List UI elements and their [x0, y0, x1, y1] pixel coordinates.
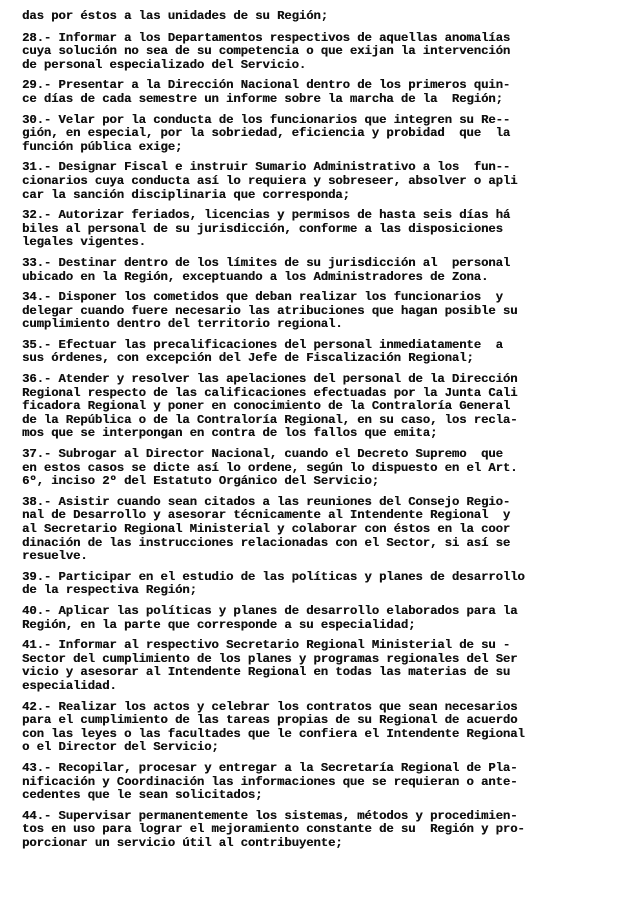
- numbered-items-list: 28.- Informar a los Departamentos respec…: [22, 32, 622, 851]
- text-line: cionarios cuya conducta así lo requiera …: [22, 175, 622, 189]
- text-line: especialidad.: [22, 680, 622, 694]
- text-line: al Secretario Regional Ministerial y col…: [22, 523, 622, 537]
- list-item-40: 40.- Aplicar las políticas y planes de d…: [22, 605, 622, 632]
- text-line: legales vigentes.: [22, 236, 622, 250]
- text-line: para el cumplimiento de las tareas propi…: [22, 714, 622, 728]
- list-item-35: 35.- Efectuar las precalificaciones del …: [22, 339, 622, 366]
- list-item-42: 42.- Realizar los actos y celebrar los c…: [22, 701, 622, 755]
- text-line: 36.- Atender y resolver las apelaciones …: [22, 373, 622, 387]
- text-line: 28.- Informar a los Departamentos respec…: [22, 32, 622, 46]
- text-line: nificación y Coordinación las informacio…: [22, 776, 622, 790]
- text-line: dinación de las instrucciones relacionad…: [22, 537, 622, 551]
- text-line: de la República o de la Contraloría Regi…: [22, 414, 622, 428]
- text-line: 30.- Velar por la conducta de los funcio…: [22, 114, 622, 128]
- text-line: 35.- Efectuar las precalificaciones del …: [22, 339, 622, 353]
- list-item-38: 38.- Asistir cuando sean citados a las r…: [22, 496, 622, 564]
- text-line: de la respectiva Región;: [22, 584, 622, 598]
- text-line: sus órdenes, con excepción del Jefe de F…: [22, 352, 622, 366]
- text-line: 42.- Realizar los actos y celebrar los c…: [22, 701, 622, 715]
- text-line: mos que se interpongan en contra de los …: [22, 427, 622, 441]
- list-item-30: 30.- Velar por la conducta de los funcio…: [22, 114, 622, 155]
- text-line: con las leyes o las facultades que le co…: [22, 728, 622, 742]
- text-line: nal de Desarrollo y asesorar técnicament…: [22, 509, 622, 523]
- list-item-36: 36.- Atender y resolver las apelaciones …: [22, 373, 622, 441]
- text-line: Regional respecto de las calificaciones …: [22, 387, 622, 401]
- text-line: 32.- Autorizar feriados, licencias y per…: [22, 209, 622, 223]
- text-line: vicio y asesorar al Intendente Regional …: [22, 666, 622, 680]
- list-item-28: 28.- Informar a los Departamentos respec…: [22, 32, 622, 73]
- text-line: gión, en especial, por la sobriedad, efi…: [22, 127, 622, 141]
- text-line: función pública exige;: [22, 141, 622, 155]
- text-line: 43.- Recopilar, procesar y entregar a la…: [22, 762, 622, 776]
- list-item-44: 44.- Supervisar permanentemente los sist…: [22, 810, 622, 851]
- list-item-43: 43.- Recopilar, procesar y entregar a la…: [22, 762, 622, 803]
- text-line: resuelve.: [22, 550, 622, 564]
- text-line: tos en uso para lograr el mejoramiento c…: [22, 823, 622, 837]
- text-line: ubicado en la Región, exceptuando a los …: [22, 271, 622, 285]
- text-line: 41.- Informar al respectivo Secretario R…: [22, 639, 622, 653]
- text-line: cedentes que le sean solicitados;: [22, 789, 622, 803]
- text-line: o el Director del Servicio;: [22, 741, 622, 755]
- text-line: de personal especializado del Servicio.: [22, 59, 622, 73]
- text-line: en estos casos se dicte así lo ordene, s…: [22, 462, 622, 476]
- text-line: 6º, inciso 2º del Estatuto Orgánico del …: [22, 475, 622, 489]
- text-line: das por éstos a las unidades de su Regió…: [22, 10, 622, 24]
- text-line: cuya solución no sea de su competencia o…: [22, 45, 622, 59]
- text-line: 33.- Destinar dentro de los límites de s…: [22, 257, 622, 271]
- continuation-text: das por éstos a las unidades de su Regió…: [22, 10, 622, 24]
- document-page: das por éstos a las unidades de su Regió…: [22, 10, 622, 857]
- text-line: delegar cuando fuere necesario las atrib…: [22, 305, 622, 319]
- text-line: 39.- Participar en el estudio de las pol…: [22, 571, 622, 585]
- text-line: ficadora Regional y poner en conocimient…: [22, 400, 622, 414]
- list-item-39: 39.- Participar en el estudio de las pol…: [22, 571, 622, 598]
- list-item-34: 34.- Disponer los cometidos que deban re…: [22, 291, 622, 332]
- text-line: 29.- Presentar a la Dirección Nacional d…: [22, 79, 622, 93]
- text-line: 38.- Asistir cuando sean citados a las r…: [22, 496, 622, 510]
- list-item-37: 37.- Subrogar al Director Nacional, cuan…: [22, 448, 622, 489]
- text-line: 31.- Designar Fiscal e instruir Sumario …: [22, 161, 622, 175]
- text-line: 44.- Supervisar permanentemente los sist…: [22, 810, 622, 824]
- text-line: 37.- Subrogar al Director Nacional, cuan…: [22, 448, 622, 462]
- list-item-29: 29.- Presentar a la Dirección Nacional d…: [22, 79, 622, 106]
- text-line: Sector del cumplimiento de los planes y …: [22, 653, 622, 667]
- text-line: ce días de cada semestre un informe sobr…: [22, 93, 622, 107]
- text-line: cumplimiento dentro del territorio regio…: [22, 318, 622, 332]
- text-line: biles al personal de su jurisdicción, co…: [22, 223, 622, 237]
- text-line: car la sanción disciplinaria que corresp…: [22, 189, 622, 203]
- list-item-31: 31.- Designar Fiscal e instruir Sumario …: [22, 161, 622, 202]
- list-item-32: 32.- Autorizar feriados, licencias y per…: [22, 209, 622, 250]
- text-line: 40.- Aplicar las políticas y planes de d…: [22, 605, 622, 619]
- text-line: Región, en la parte que corresponde a su…: [22, 619, 622, 633]
- list-item-33: 33.- Destinar dentro de los límites de s…: [22, 257, 622, 284]
- list-item-41: 41.- Informar al respectivo Secretario R…: [22, 639, 622, 693]
- text-line: porcionar un servicio útil al contribuye…: [22, 837, 622, 851]
- text-line: 34.- Disponer los cometidos que deban re…: [22, 291, 622, 305]
